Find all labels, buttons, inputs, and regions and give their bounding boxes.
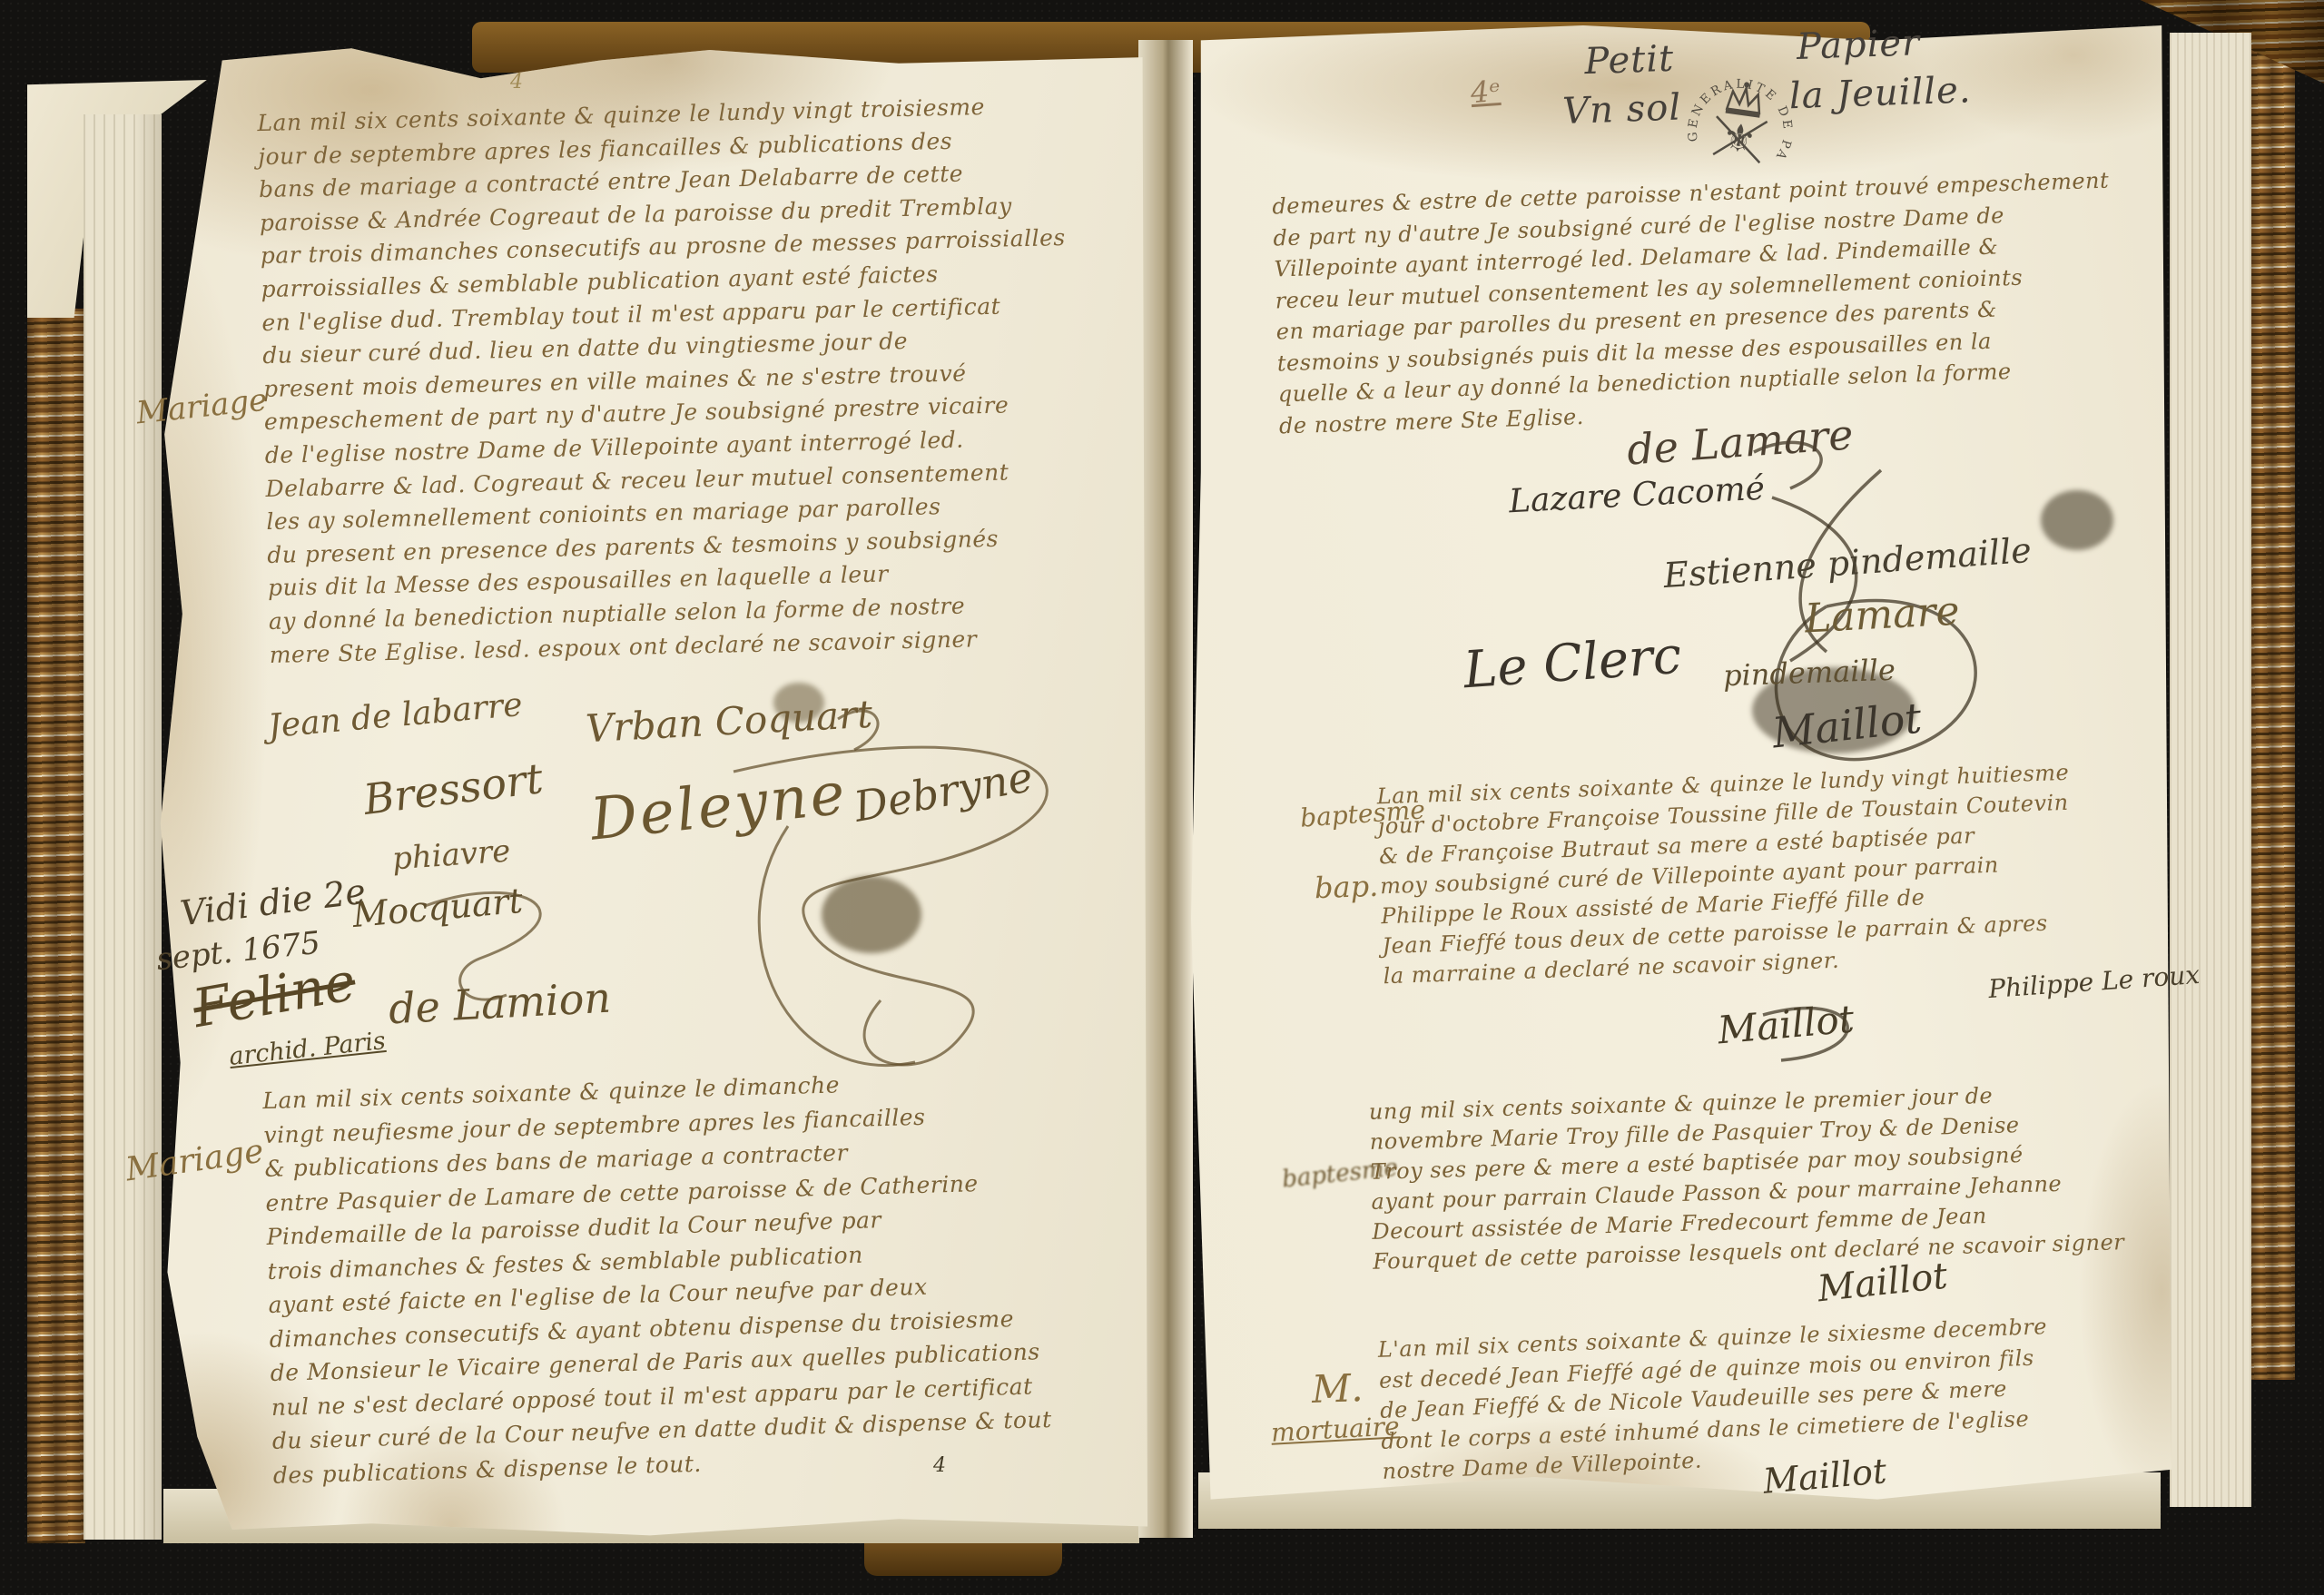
baptism-entry-1-text: Lan mil six cents soixante & quinze le l…: [1376, 758, 2076, 991]
quire-mark-bottom: 4: [933, 1454, 946, 1477]
seal-fleur-de-lis-icon: ⚜: [1719, 113, 1759, 162]
signature-lamare: Lamare: [1804, 588, 1961, 643]
marriage-entry-1-text: Lan mil six cents soixante & quinze le l…: [257, 89, 1075, 672]
signature-pindemaille: pindemaille: [1722, 653, 1896, 694]
baptism-entry-2-text: ung mil six cents soixante & quinze le p…: [1369, 1078, 2125, 1277]
page-block-edges-right: [2170, 33, 2251, 1507]
stamp-word-la-feuille: la Jeuille.: [1788, 69, 1972, 117]
marbled-cover-edge-right: [2250, 0, 2295, 1380]
photo-of-open-register-book: 4 Mariage Lan mil six cents soixante & q…: [0, 0, 2324, 1595]
ink-blot: [2041, 490, 2113, 550]
margin-note-m: M.: [1311, 1365, 1364, 1412]
generalite-de-paris-seal: GENERALITE DE PARIS ⚜: [1679, 58, 1804, 190]
page-number: 4ᵉ: [1470, 74, 1502, 110]
burial-entry-text: L'an mil six cents soixante & quinze le …: [1377, 1312, 2052, 1487]
stamp-word-papier: Papier: [1796, 22, 1921, 68]
page-block-edges-left: [84, 114, 162, 1540]
stamp-word-petit: Petit: [1584, 38, 1675, 83]
ink-blot: [822, 876, 921, 953]
marbled-cover-edge-left: [27, 309, 85, 1543]
stamp-word-vn-sol: Vn sol: [1562, 86, 1682, 133]
marriage-entry-2-continuation-text: demeures & estre de cette paroisse n'est…: [1272, 165, 2116, 442]
marriage-entry-2-text: Lan mil six cents soixante & quinze le d…: [262, 1062, 1053, 1492]
margin-note-bap: bap.: [1314, 869, 1379, 905]
folio-number-top: 4: [510, 71, 523, 94]
